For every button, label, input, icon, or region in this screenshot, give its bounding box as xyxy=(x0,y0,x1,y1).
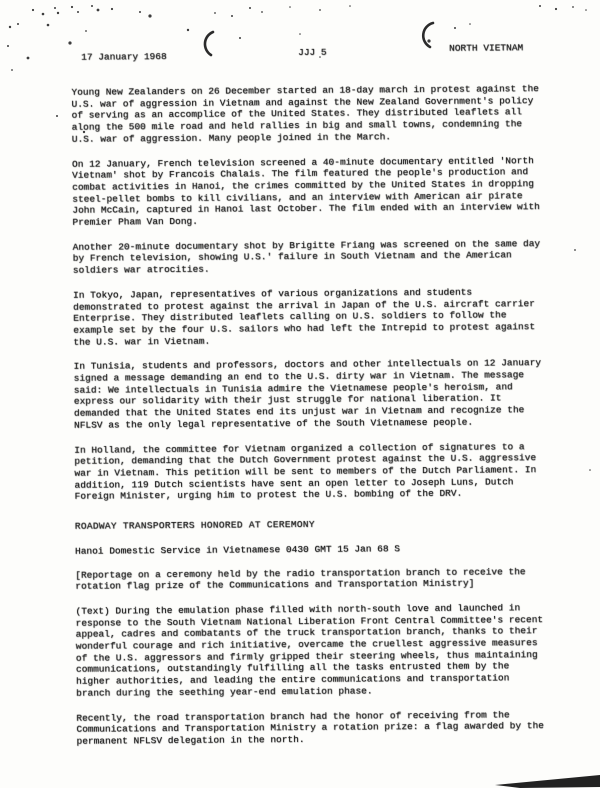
article-source-line: Hanoi Domestic Service in Vietnamese 043… xyxy=(75,542,547,557)
document-content: Young New Zealanders on 26 December star… xyxy=(71,83,548,760)
article-editorial-note: [Reportage on a ceremony held by the rad… xyxy=(75,566,547,593)
paragraph-tunisia-message: In Tunisia, students and professors, doc… xyxy=(74,357,547,431)
header-date: 17 January 1968 xyxy=(81,51,167,63)
header-page-number: JJJ 5 xyxy=(298,47,327,59)
article-paragraph-rotation-prize: Recently, the road transportation branch… xyxy=(76,709,548,748)
paragraph-tokyo-protest: In Tokyo, Japan, representatives of vari… xyxy=(73,286,545,348)
article-headline: ROADWAY TRANSPORTERS HONORED AT CEREMONY xyxy=(75,517,547,532)
scanned-document-page: 17 January 1968 JJJ 5 NORTH VIETNAM Youn… xyxy=(0,0,600,788)
document-body: 17 January 1968 JJJ 5 NORTH VIETNAM Youn… xyxy=(0,0,600,788)
paragraph-friang-documentary: Another 20-minute documentary shot by Br… xyxy=(73,238,545,277)
paragraph-holland-petition: In Holland, the committee for Vietnam or… xyxy=(74,441,546,503)
article-paragraph-emulation: (Text) During the emulation phase filled… xyxy=(75,602,548,699)
paragraph-new-zealand: Young New Zealanders on 26 December star… xyxy=(71,83,543,145)
paragraph-french-documentary: On 12 January, French television screene… xyxy=(72,155,545,229)
header-section-title: NORTH VIETNAM xyxy=(449,42,523,54)
